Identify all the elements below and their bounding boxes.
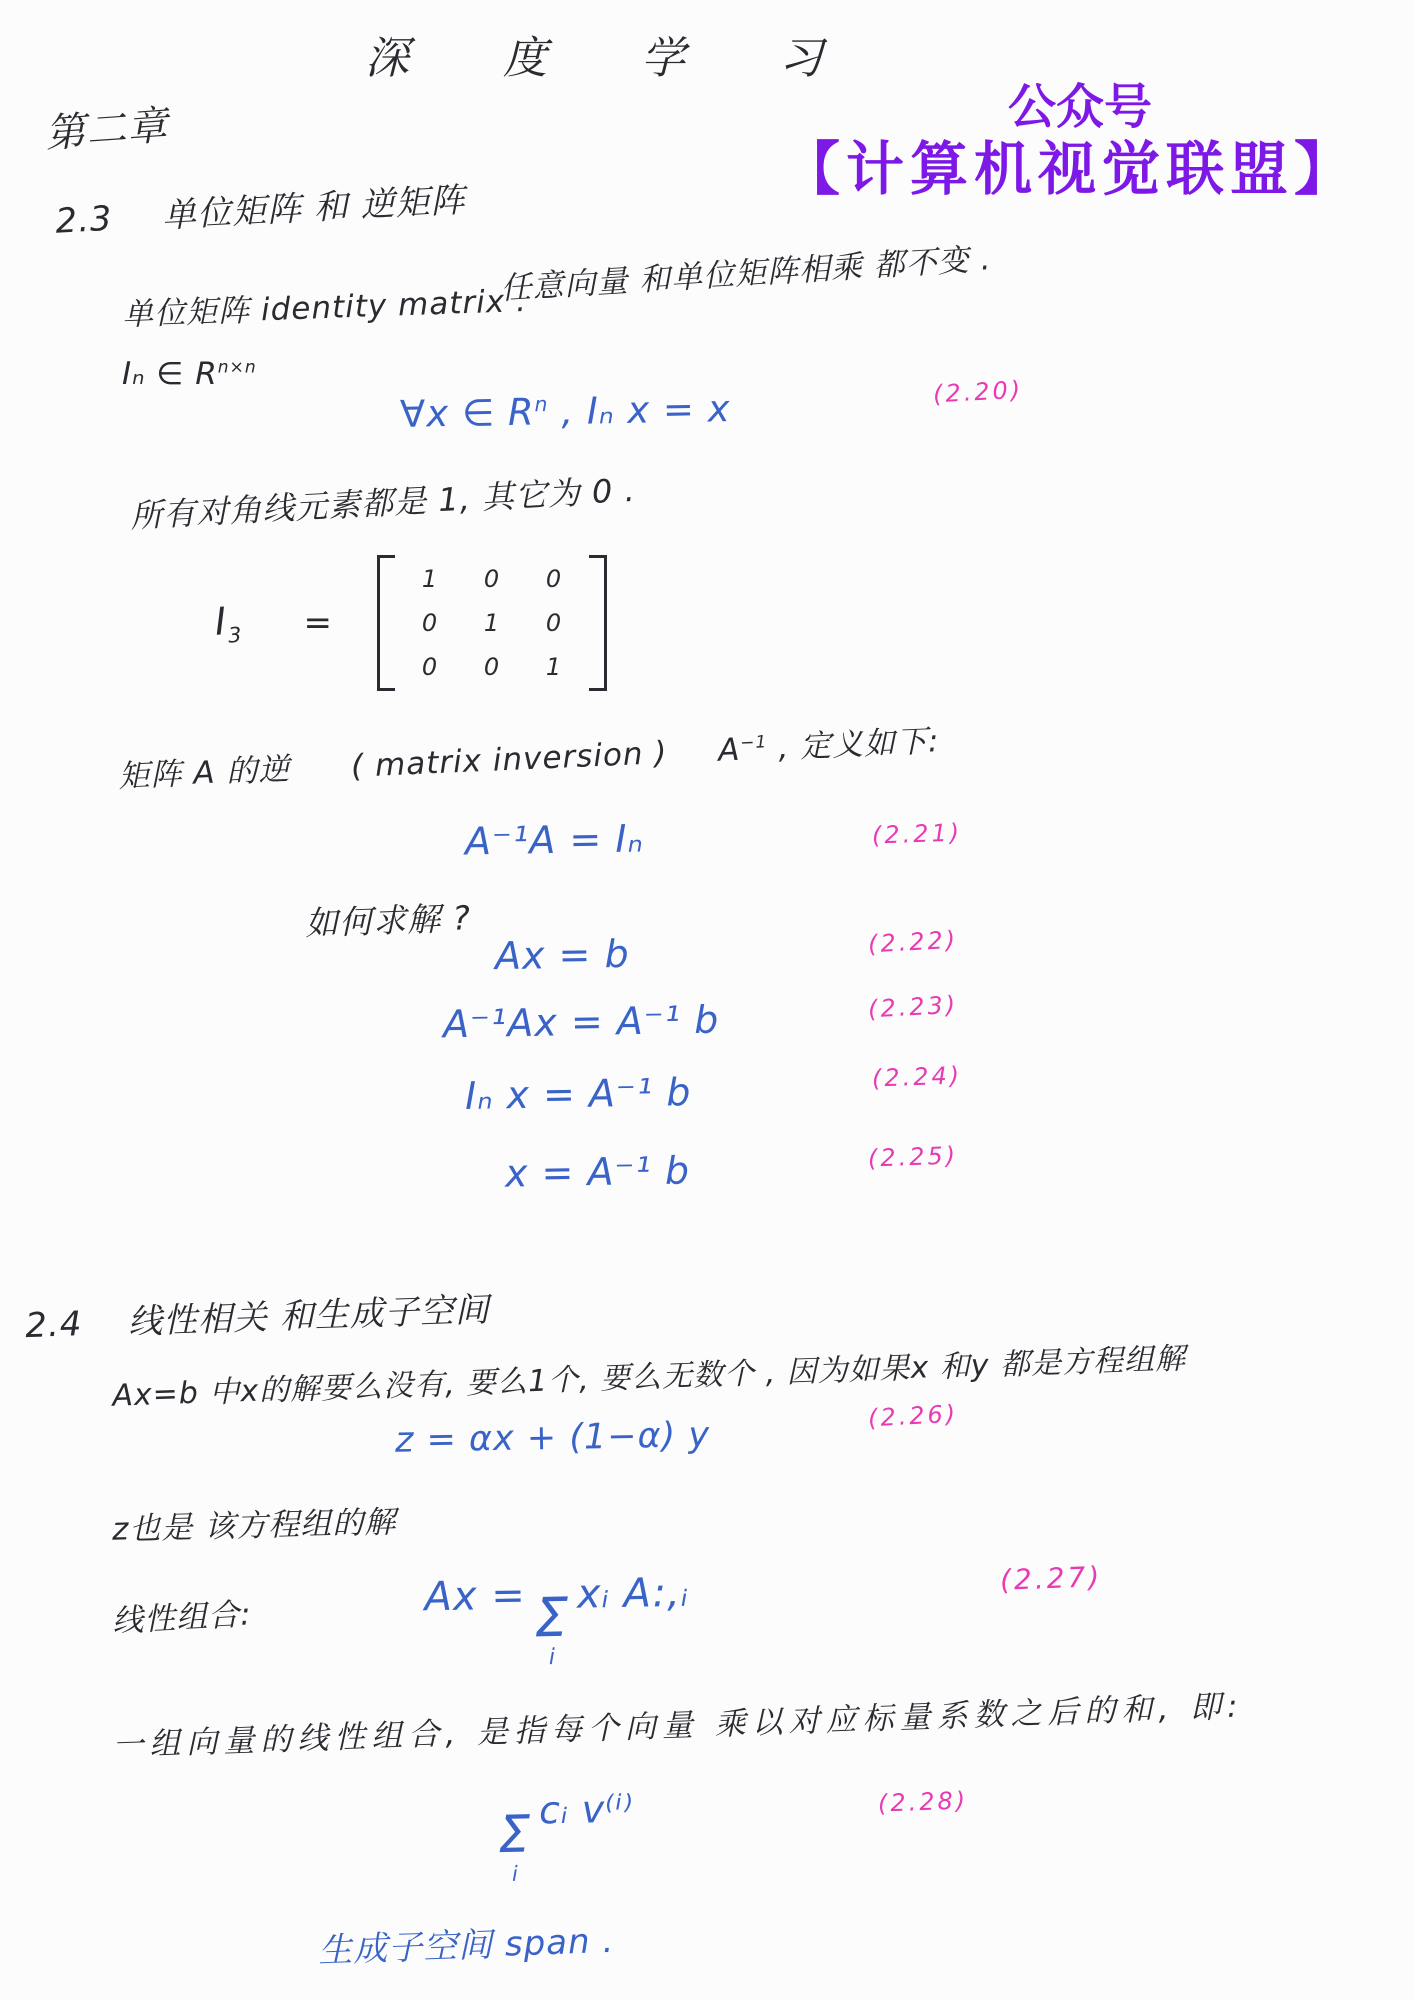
sigma-index: i [549,1645,557,1670]
matrix-cell: 0 [422,653,438,681]
diagonal-elements-text: 所有对角线元素都是 1, 其它为 0 . [129,465,636,537]
eq-2-20-number: (2.20) [932,376,1024,409]
eq-2-27-number: (2.27) [999,1560,1102,1597]
section-2-3-heading: 2.3 单位矩阵 和 逆矩阵 [54,172,467,242]
eq-2-28-rhs: cᵢ v⁽ⁱ⁾ [539,1787,634,1833]
eq-2-26-formula: z = αx + (1−α) y [395,1415,711,1460]
inverse-symbol-sup: −1 [740,732,768,753]
sigma-glyph: Σ [534,1595,570,1641]
combination-definition-text: 一组向量的线性组合, 是指每个向量 乘以对应标量系数之后的和, 即: [112,1680,1245,1764]
eq-2-21-number: (2.21) [872,818,963,849]
matrix-cell: 0 [546,565,562,593]
matrix-cell: 1 [546,653,562,681]
span-definition-text: 生成子空间 span . [317,1913,615,1972]
eq-2-26-number: (2.26) [867,1400,959,1433]
z-solution-text: z也是 该方程组的解 [111,1496,396,1548]
matrix-cell: 1 [422,565,438,593]
solutions-count-text: Ax=b 中x的解要么没有, 要么1个, 要么无数个 , 因为如果x 和y 都是… [112,1333,1187,1414]
watermark-line2: 【计算机视觉联盟】 [782,122,1358,206]
eq-2-25-formula: x = A⁻¹ b [505,1148,691,1195]
section-2-3-title: 单位矩阵 和 逆矩阵 [161,180,466,236]
identity-note-text: 任意向量 和单位矩阵相乘 都不变 . [499,233,992,308]
identity-dimension-formula: Iₙ ∈ Rn×n [122,356,257,392]
eq-2-28-formula: Σicᵢ v⁽ⁱ⁾ [489,1787,635,1886]
eq-2-24-number: (2.24) [872,1061,963,1092]
eq-2-28-number: (2.28) [878,1786,969,1817]
section-2-4-title: 线性相关 和生成子空间 [127,1290,490,1343]
chapter-label: 第二章 [43,94,170,159]
eq-2-27-formula: Ax =Σixᵢ A:,ᵢ [424,1570,690,1672]
inverse-tail: , 定义如下: [778,723,941,766]
matrix-grid: 1 0 0 0 1 0 0 0 1 [395,555,589,691]
sigma-glyph: Σ [498,1814,532,1858]
eq-2-22-formula: Ax = b [495,932,630,978]
eq-2-27-rhs: xᵢ A:,ᵢ [577,1570,690,1618]
section-2-4-number: 2.4 [25,1304,83,1346]
inverse-definition-text: 矩阵 A 的逆 ( matrix inversion ) A−1 , 定义如下: [117,715,940,796]
identity-definition-text: 单位矩阵 identity matrix . [121,275,527,334]
section-2-3-number: 2.3 [54,199,113,242]
identity-dimension-sup: n×n [218,358,257,378]
eq-2-20-formula: ∀x ∈ Rn , Iₙ x = x [400,387,731,436]
identity-matrix-label: I3 [213,598,243,648]
eq-2-23-formula: A⁻¹Ax = A⁻¹ b [443,998,720,1047]
inverse-symbol-base: A [717,732,741,769]
matrix-label-letter: I [213,599,228,644]
inverse-symbol: A−1 [717,731,768,769]
section-2-4-heading: 2.4 线性相关 和生成子空间 [24,1282,490,1347]
eq-2-27-lhs: Ax = [424,1573,526,1621]
eq-2-20-pre: ∀x ∈ R [400,391,535,436]
eq-2-24-formula: Iₙ x = A⁻¹ b [465,1070,692,1118]
summation-symbol: Σi [498,1814,533,1886]
scanned-notes-page: 深 度 学 习 公众号 【计算机视觉联盟】 第二章 2.3 单位矩阵 和 逆矩阵… [0,0,1414,2000]
eq-2-20-post: , Iₙ x = x [548,387,731,433]
matrix-cell: 1 [484,609,500,637]
inverse-zh: 矩阵 A 的逆 [118,751,291,794]
matrix-cell: 0 [484,653,500,681]
page-title: 深 度 学 习 [365,22,863,86]
summation-symbol: Σi [534,1595,570,1670]
matrix-cell: 0 [484,565,500,593]
linear-combination-label: 线性组合: [111,1588,253,1640]
matrix-cell: 0 [546,609,562,637]
matrix-label-sub: 3 [227,622,243,647]
identity-matrix-block: I3 = 1 0 0 0 1 0 0 0 1 [215,555,607,691]
eq-2-21-formula: A⁻¹A = Iₙ [465,816,644,863]
matrix-bracket-left [377,555,395,691]
identity-dimension-base: Iₙ ∈ R [122,356,218,392]
matrix-equals-sign: = [304,603,334,643]
matrix-cell: 0 [422,609,438,637]
eq-2-25-number: (2.25) [868,1141,959,1172]
eq-2-20-sup: n [534,392,548,416]
eq-2-23-number: (2.23) [867,991,959,1024]
sigma-index: i [512,1861,519,1885]
matrix-bracket-right [589,555,607,691]
eq-2-22-number: (2.22) [867,926,959,959]
how-to-solve-text: 如何求解 ? [304,892,472,945]
inverse-en: ( matrix inversion ) [350,735,668,785]
